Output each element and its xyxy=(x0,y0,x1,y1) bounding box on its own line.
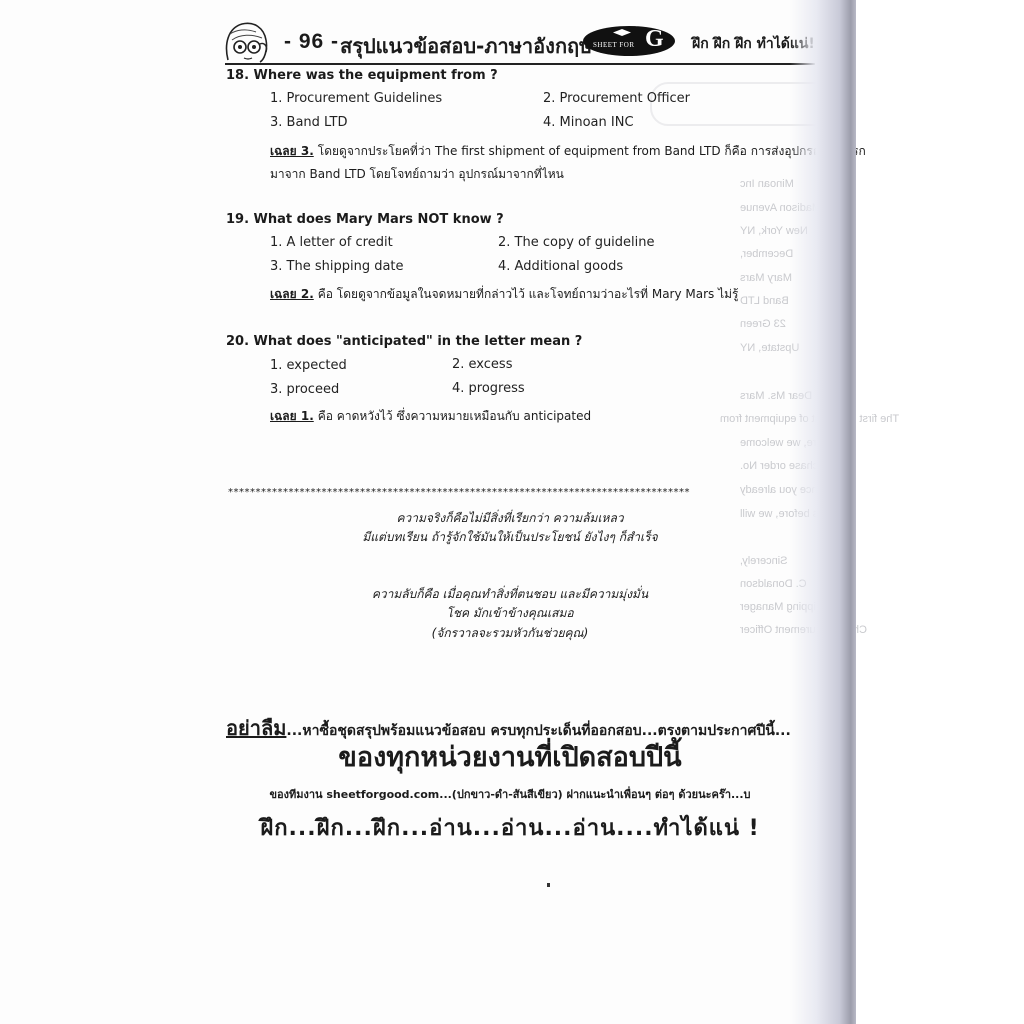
promo-line-4: ฝึก...ฝึก...ฝึก...อ่าน...อ่าน...อ่าน....… xyxy=(220,810,800,845)
option: 4. Additional goods xyxy=(498,259,623,274)
graduation-cap-icon xyxy=(613,29,631,36)
quote-line: ความลับก็คือ เมื่อคุณทำสิ่งที่ตนชอบ และม… xyxy=(220,585,800,604)
answer-label: เฉลย 3. xyxy=(270,144,314,158)
option: 3. The shipping date xyxy=(270,259,404,274)
ink-speck xyxy=(547,883,550,887)
answer-20: เฉลย 1.คือ คาดหวังไว้ ซึ่งความหมายเหมือน… xyxy=(270,407,591,426)
bleed-through-text: December, xyxy=(740,248,793,260)
option: 3. Band LTD xyxy=(270,115,347,130)
answer-19: เฉลย 2.คือ โดยดูจากข้อมูลในจดหมายที่กล่า… xyxy=(270,285,739,304)
page-header: - 96 - สรุปแนวข้อสอบ-ภาษาอังกฤษ SHEET FO… xyxy=(222,20,822,66)
option: 4. progress xyxy=(452,381,525,396)
quote-line: ความจริงก็คือไม่มีสิ่งที่เรียกว่า ความล้… xyxy=(220,509,800,528)
answer-label: เฉลย 1. xyxy=(270,409,314,423)
promo-line-3: ของทีมงาน sheetforgood.com...(ปกขาว-ดำ-ส… xyxy=(220,785,800,803)
option: 2. excess xyxy=(452,357,512,372)
question-19: 19. What does Mary Mars NOT know ? xyxy=(226,212,504,227)
page-number: - 96 - xyxy=(284,30,339,54)
star-separator: ****************************************… xyxy=(228,487,813,498)
promo-line-2: ของทุกหน่วยงานที่เปิดสอบปีนี้ xyxy=(220,735,800,778)
quote-line: โชค มักเข้าข้างคุณเสมอ xyxy=(220,604,800,623)
option: 2. Procurement Officer xyxy=(543,91,690,106)
answer-label: เฉลย 2. xyxy=(270,287,314,301)
bleed-through-text: Band LTD xyxy=(740,295,789,307)
bleed-through-text: Mary Mars xyxy=(740,272,792,284)
quote-line: (จักรวาลจะรวมหัวกันช่วยคุณ) xyxy=(220,624,800,643)
page-title: สรุปแนวข้อสอบ-ภาษาอังกฤษ xyxy=(340,30,592,62)
header-divider xyxy=(225,63,815,65)
book-spine-shadow xyxy=(790,0,856,1024)
option: 3. proceed xyxy=(270,382,339,397)
answer-18-continued: มาจาก Band LTD โดยโจทย์ถามว่า อุปกรณ์มาจ… xyxy=(270,165,564,184)
option: 1. expected xyxy=(270,358,347,373)
answer-18: เฉลย 3.โดยดูจากประโยคที่ว่า The first sh… xyxy=(270,142,866,161)
document-page: Minoan Inc 257 Madison Avenue New York, … xyxy=(0,0,856,1024)
question-18: 18. Where was the equipment from ? xyxy=(226,68,498,83)
bleed-through-text: Minoan Inc xyxy=(740,178,794,190)
option: 4. Minoan INC xyxy=(543,115,634,130)
option: 1. A letter of credit xyxy=(270,235,393,250)
bleed-through-text: 23 Green xyxy=(740,318,786,330)
cartoon-mascot-icon xyxy=(222,20,270,64)
option: 2. The copy of guideline xyxy=(498,235,655,250)
sheet-for-good-logo: SHEET FOR G xyxy=(583,26,675,56)
quote-line: มีแต่บทเรียน ถ้ารู้จักใช้มันให้เป็นประโย… xyxy=(220,528,800,547)
question-20: 20. What does "anticipated" in the lette… xyxy=(226,334,582,349)
option: 1. Procurement Guidelines xyxy=(270,91,442,106)
bleed-through-text: Sincerely, xyxy=(740,555,787,567)
